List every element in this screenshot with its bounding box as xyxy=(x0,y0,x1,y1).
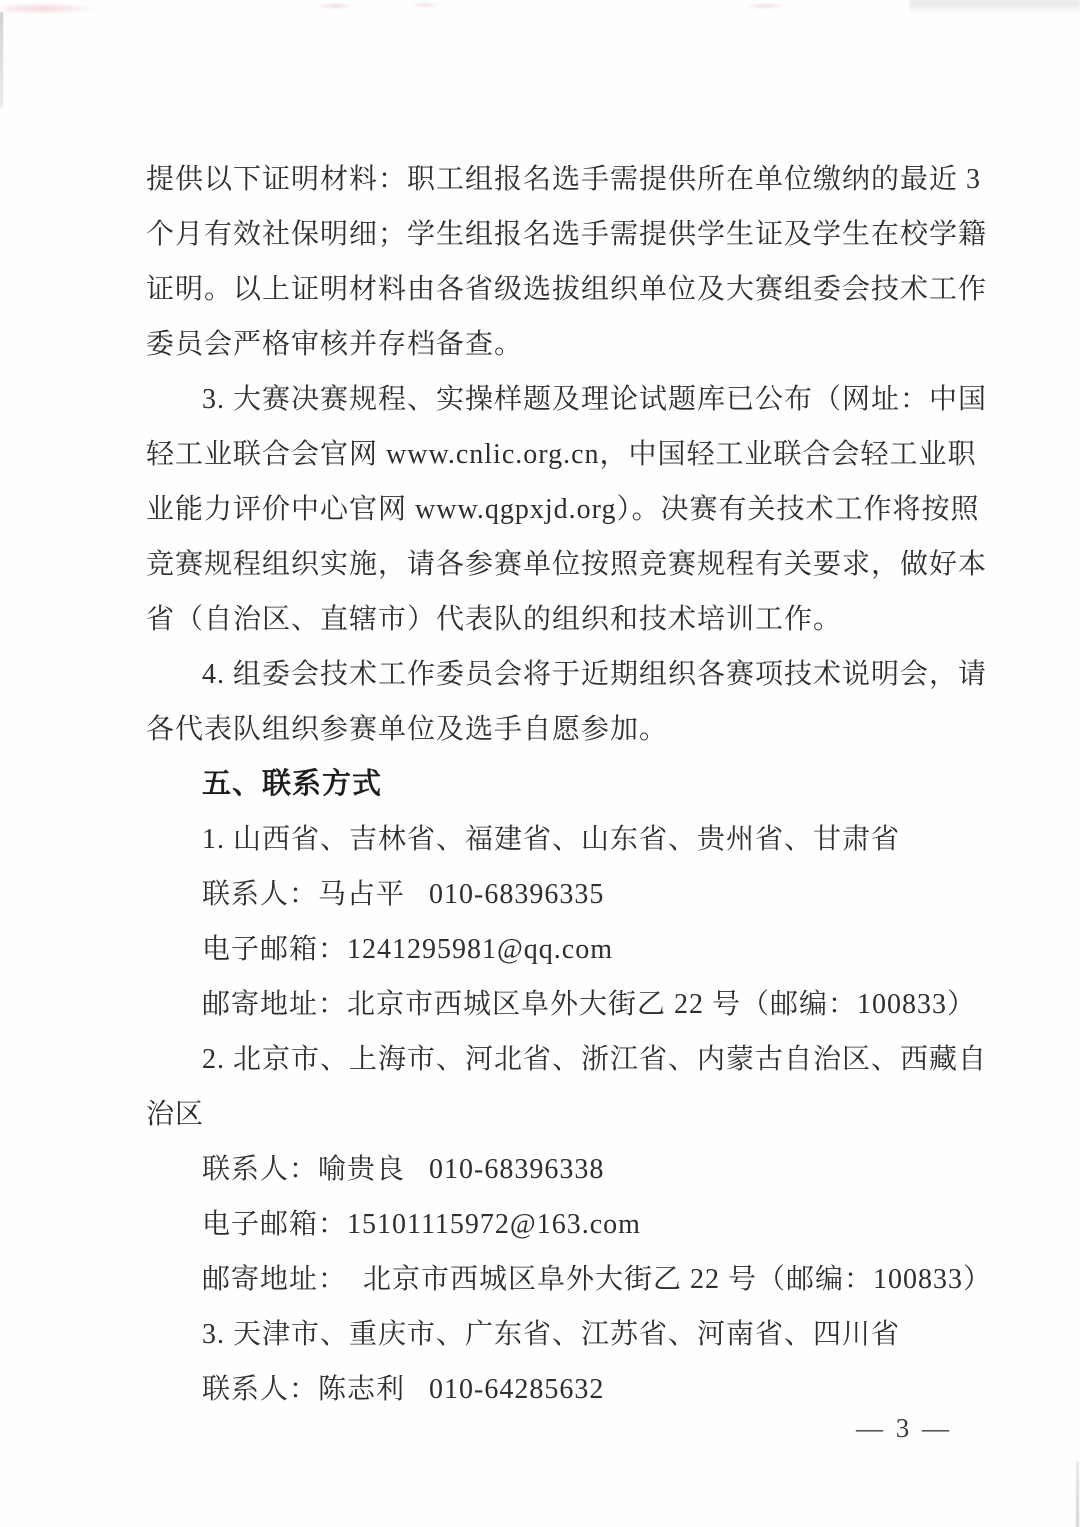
text-line: 治区 xyxy=(146,1087,960,1142)
text-line: 轻工业联合会官网 www.cnlic.org.cn，中国轻工业联合会轻工业职 xyxy=(146,427,960,482)
scan-edge-line-bottom-right xyxy=(1076,1462,1079,1527)
text-line: 竞赛规程组织实施，请各参赛单位按照竞赛规程有关要求，做好本 xyxy=(146,537,960,592)
text-line: 邮寄地址： 北京市西城区阜外大街乙 22 号（邮编：100833） xyxy=(146,1252,960,1307)
text-line: 联系人：喻贵良 010-68396338 xyxy=(146,1142,960,1197)
page-number: — 3 — xyxy=(146,1408,960,1448)
text-line: 电子邮箱：15101115972@163.com xyxy=(146,1197,960,1252)
scan-smudge-top-right xyxy=(910,0,1080,15)
text-line: 个月有效社保明细；学生组报名选手需提供学生证及学生在校学籍 xyxy=(146,207,960,262)
scan-speckles-top-edge xyxy=(0,0,1080,13)
text-line: 提供以下证明材料：职工组报名选手需提供所在单位缴纳的最近 3 xyxy=(146,152,960,207)
text-line: 业能力评价中心官网 www.qgpxjd.org）。决赛有关技术工作将按照 xyxy=(146,482,960,537)
document-body: 提供以下证明材料：职工组报名选手需提供所在单位缴纳的最近 3个月有效社保明细；学… xyxy=(146,152,960,1417)
text-line: 五、联系方式 xyxy=(146,757,960,812)
text-line: 1. 山西省、吉林省、福建省、山东省、贵州省、甘肃省 xyxy=(146,812,960,867)
text-line: 委员会严格审核并存档备查。 xyxy=(146,317,960,372)
text-line: 联系人：马占平 010-68396335 xyxy=(146,867,960,922)
text-line: 电子邮箱：1241295981@qq.com xyxy=(146,922,960,977)
text-line: 3. 大赛决赛规程、实操样题及理论试题库已公布（网址：中国 xyxy=(146,372,960,427)
text-line: 邮寄地址：北京市西城区阜外大街乙 22 号（邮编：100833） xyxy=(146,977,960,1032)
scan-edge-line-left xyxy=(0,12,3,108)
text-line: 省（自治区、直辖市）代表队的组织和技术培训工作。 xyxy=(146,592,960,647)
scanned-document-page: 提供以下证明材料：职工组报名选手需提供所在单位缴纳的最近 3个月有效社保明细；学… xyxy=(0,0,1080,1527)
text-line: 证明。以上证明材料由各省级选拔组织单位及大赛组委会技术工作 xyxy=(146,262,960,317)
text-line: 2. 北京市、上海市、河北省、浙江省、内蒙古自治区、西藏自 xyxy=(146,1032,960,1087)
scan-smudge-top-left xyxy=(4,3,99,14)
text-line: 3. 天津市、重庆市、广东省、江苏省、河南省、四川省 xyxy=(146,1307,960,1362)
text-line: 各代表队组织参赛单位及选手自愿参加。 xyxy=(146,702,960,757)
text-line: 4. 组委会技术工作委员会将于近期组织各赛项技术说明会，请 xyxy=(146,647,960,702)
